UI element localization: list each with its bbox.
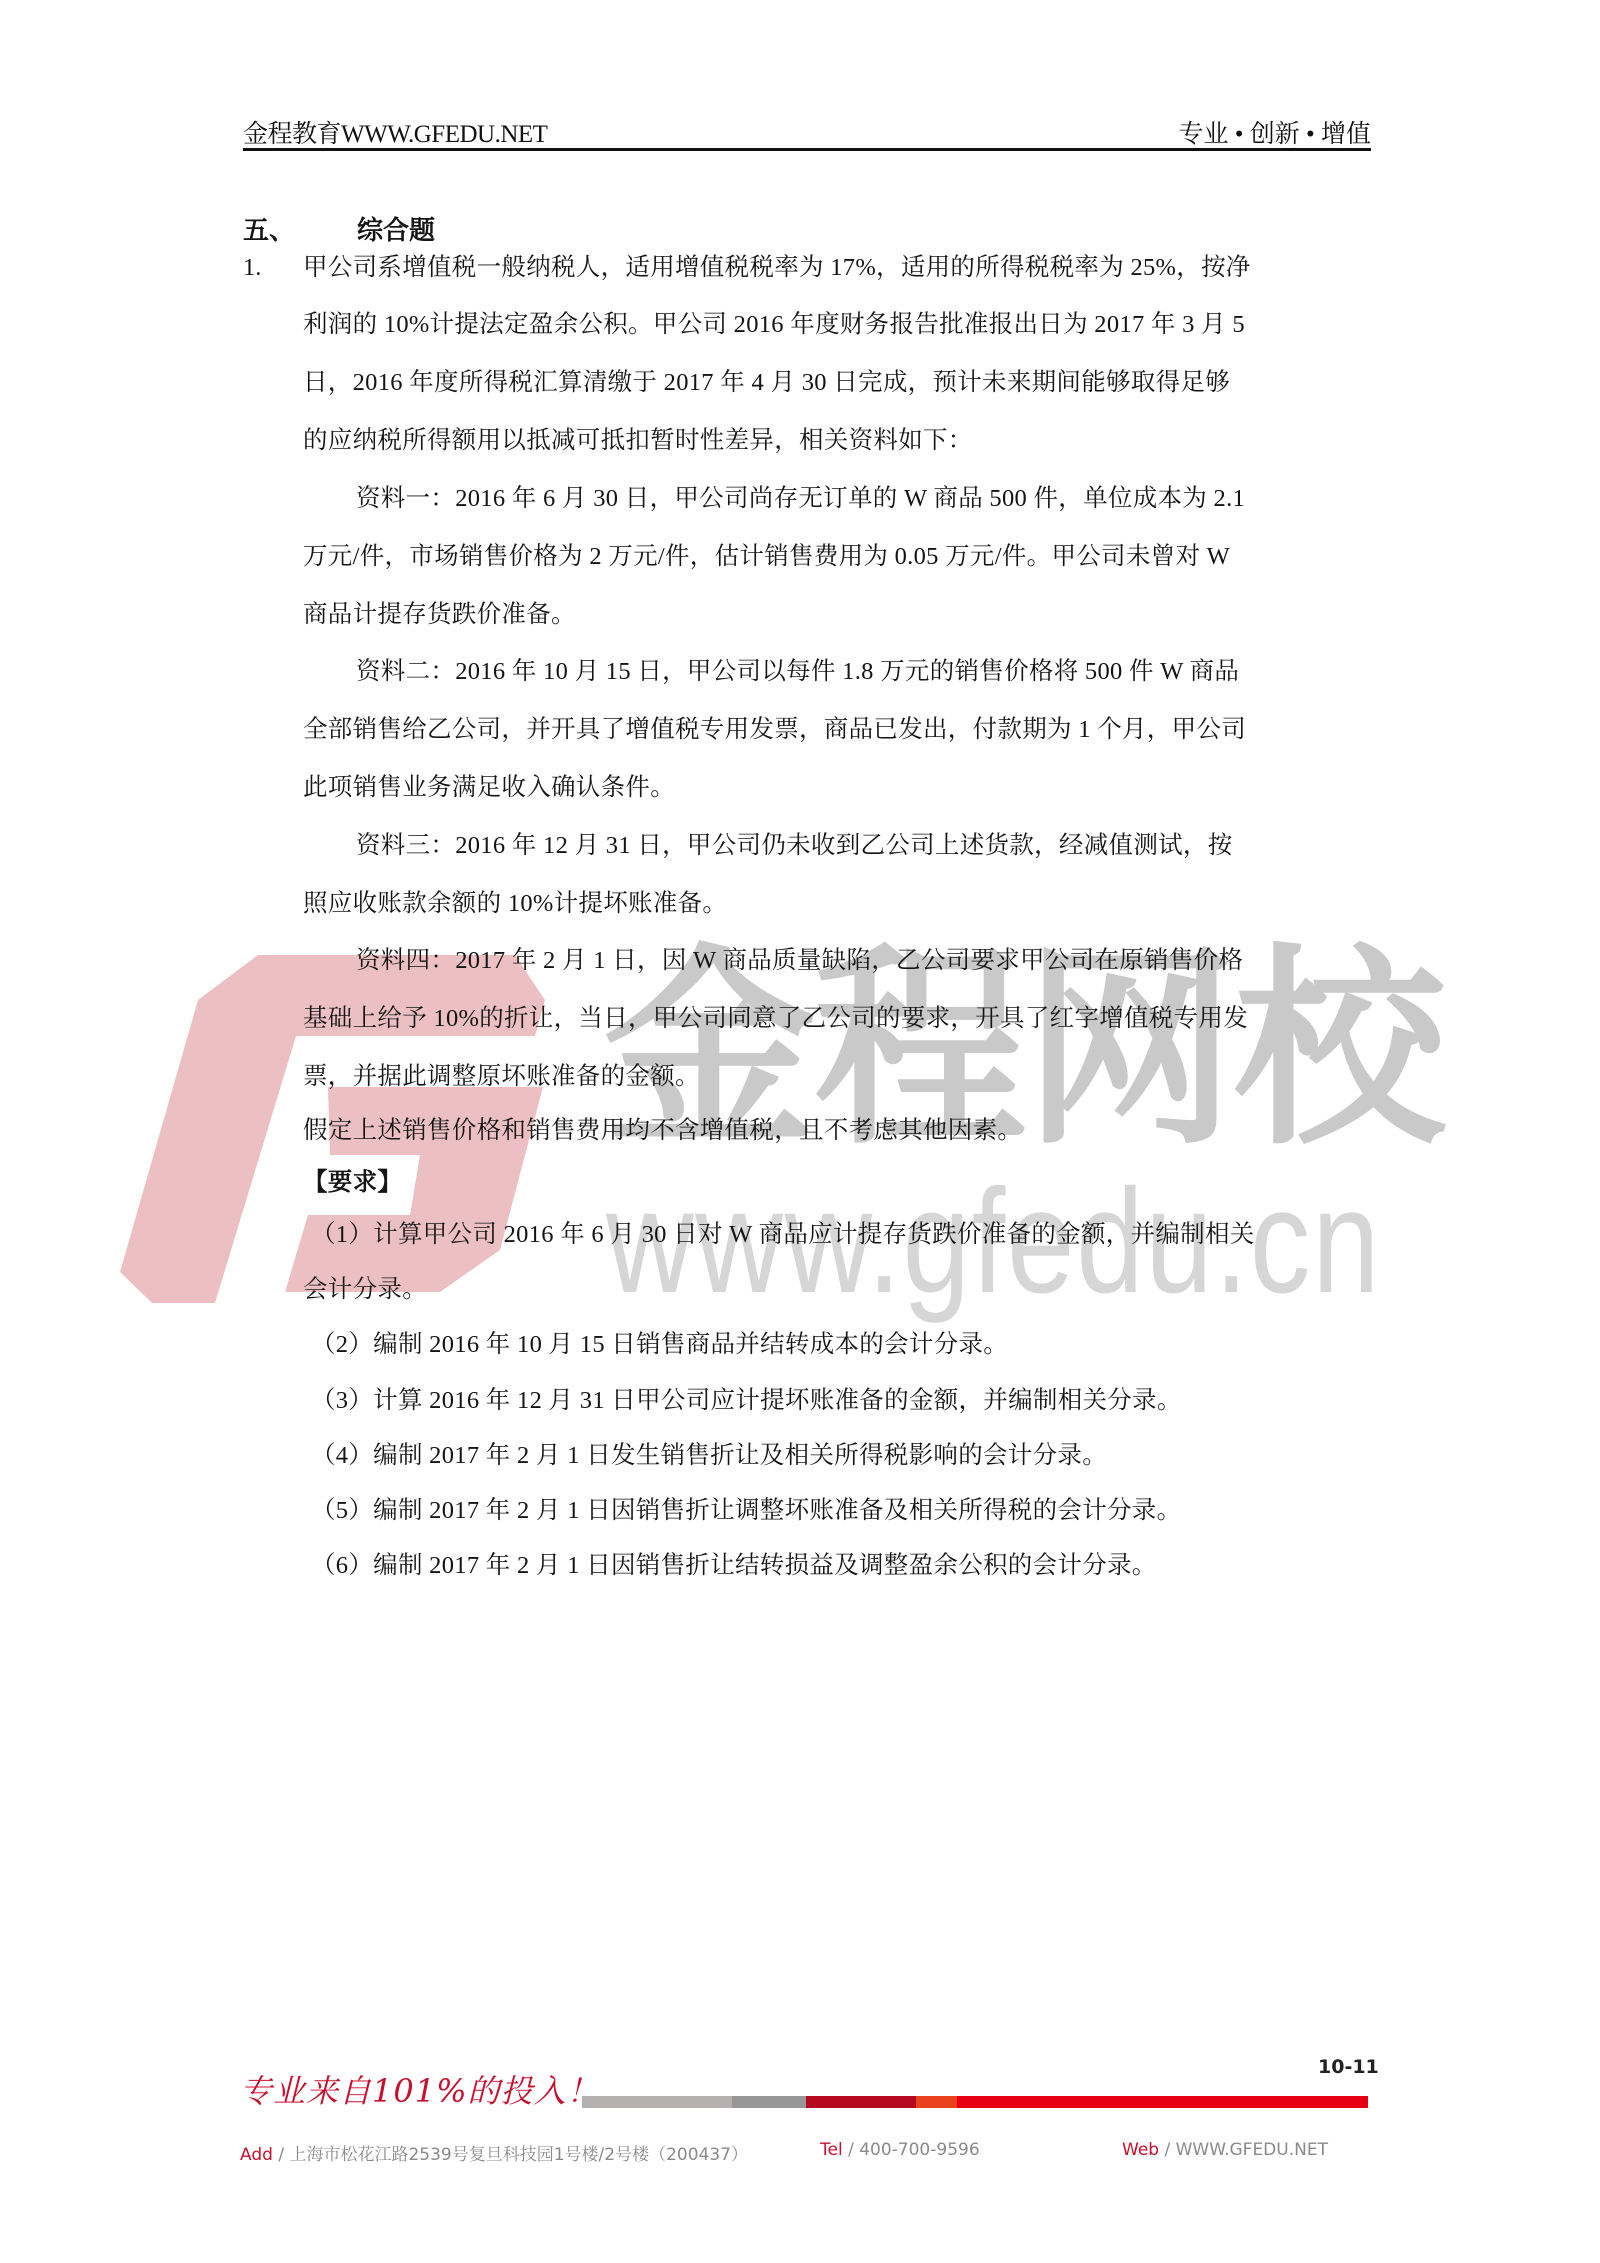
intro-line: 的应纳税所得额用以抵减可抵扣暂时性差异，相关资料如下： [303, 426, 1371, 456]
document-page: 金程网校 www.gfedu.cn 金程教育WWW.GFEDU.NET 专业 •… [0, 0, 1600, 2263]
requirement-2: （2）编制 2016 年 10 月 15 日销售商品并结转成本的会计分录。 [311, 1330, 1379, 1360]
material-3-line: 照应收账款余额的 10%计提坏账准备。 [303, 889, 1371, 919]
material-3-line: 资料三：2016 年 12 月 31 日，甲公司仍未收到乙公司上述货款，经减值测… [356, 831, 1371, 861]
material-4-line: 票，并据此调整原坏账准备的金额。 [303, 1062, 1371, 1092]
section-heading: 五、综合题 [243, 210, 435, 247]
requirement-4: （4）编制 2017 年 2 月 1 日发生销售折让及相关所得税影响的会计分录。 [311, 1441, 1379, 1471]
material-2-line: 此项销售业务满足收入确认条件。 [303, 773, 1371, 803]
bar-segment [806, 2096, 916, 2108]
footer-contact: Add / 上海市松花江路2539号复旦科技园1号楼/2号楼（200437） T… [240, 2140, 1372, 2168]
tel-value: / 400-700-9596 [843, 2140, 980, 2160]
requirement-6: （6）编制 2017 年 2 月 1 日因销售折让结转损益及调整盈余公积的会计分… [311, 1551, 1379, 1581]
assumption-text: 假定上述销售价格和销售费用均不含增值税，且不考虑其他因素。 [303, 1116, 1371, 1146]
web-value[interactable]: / WWW.GFEDU.NET [1159, 2140, 1328, 2160]
material-2-line: 全部销售给乙公司，并开具了增值税专用发票，商品已发出，付款期为 1 个月，甲公司 [303, 715, 1371, 745]
material-1-line: 资料一：2016 年 6 月 30 日，甲公司尚存无订单的 W 商品 500 件… [356, 484, 1371, 514]
tel-label: Tel [820, 2140, 843, 2160]
material-1-line: 万元/件，市场销售价格为 2 万元/件，估计销售费用为 0.05 万元/件。甲公… [303, 542, 1371, 572]
footer-color-bar [582, 2096, 1368, 2108]
address-label: Add [240, 2145, 273, 2165]
material-4-line: 资料四：2017 年 2 月 1 日，因 W 商品质量缺陷，乙公司要求甲公司在原… [356, 946, 1371, 976]
requirement-1-cont: 会计分录。 [303, 1275, 1371, 1305]
bar-segment [582, 2096, 732, 2108]
header-divider [243, 148, 1371, 151]
material-4-line: 基础上给予 10%的折让，当日，甲公司同意了乙公司的要求，开具了红字增值税专用发 [303, 1004, 1371, 1034]
intro-line: 甲公司系增值税一般纳税人，适用增值税税率为 17%，适用的所得税税率为 25%，… [303, 253, 1371, 283]
bar-segment [957, 2096, 1368, 2108]
requirements-heading: 【要求】 [303, 1168, 1371, 1198]
page-number: 10-11 [1318, 2056, 1379, 2078]
footer-tel: Tel / 400-700-9596 [820, 2140, 980, 2160]
requirement-5: （5）编制 2017 年 2 月 1 日因销售折让调整坏账准备及相关所得税的会计… [311, 1496, 1379, 1526]
footer-web[interactable]: Web / WWW.GFEDU.NET [1122, 2140, 1328, 2160]
footer-address: Add / 上海市松花江路2539号复旦科技园1号楼/2号楼（200437） [240, 2140, 748, 2165]
intro-line: 利润的 10%计提法定盈余公积。甲公司 2016 年度财务报告批准报出日为 20… [303, 310, 1371, 340]
requirement-1: （1）计算甲公司 2016 年 6 月 30 日对 W 商品应计提存货跌价准备的… [311, 1220, 1379, 1250]
footer-slogan: 专业来自101%的投入！ [240, 2066, 600, 2112]
material-2-line: 资料二：2016 年 10 月 15 日，甲公司以每件 1.8 万元的销售价格将… [356, 657, 1371, 687]
section-title: 综合题 [357, 216, 435, 245]
bar-segment [916, 2096, 957, 2108]
header-tagline: 专业 • 创新 • 增值 [1178, 114, 1371, 150]
bar-segment [732, 2096, 806, 2108]
header-brand: 金程教育WWW.GFEDU.NET [243, 114, 547, 150]
intro-line: 日，2016 年度所得税汇算清缴于 2017 年 4 月 30 日完成，预计未来… [303, 368, 1371, 398]
material-1-line: 商品计提存货跌价准备。 [303, 600, 1371, 630]
web-label: Web [1122, 2140, 1159, 2160]
address-value: / 上海市松花江路2539号复旦科技园1号楼/2号楼（200437） [273, 2145, 748, 2165]
requirement-3: （3）计算 2016 年 12 月 31 日甲公司应计提坏账准备的金额，并编制相… [311, 1386, 1379, 1416]
question-number: 1. [243, 253, 261, 283]
section-number: 五、 [243, 210, 357, 247]
